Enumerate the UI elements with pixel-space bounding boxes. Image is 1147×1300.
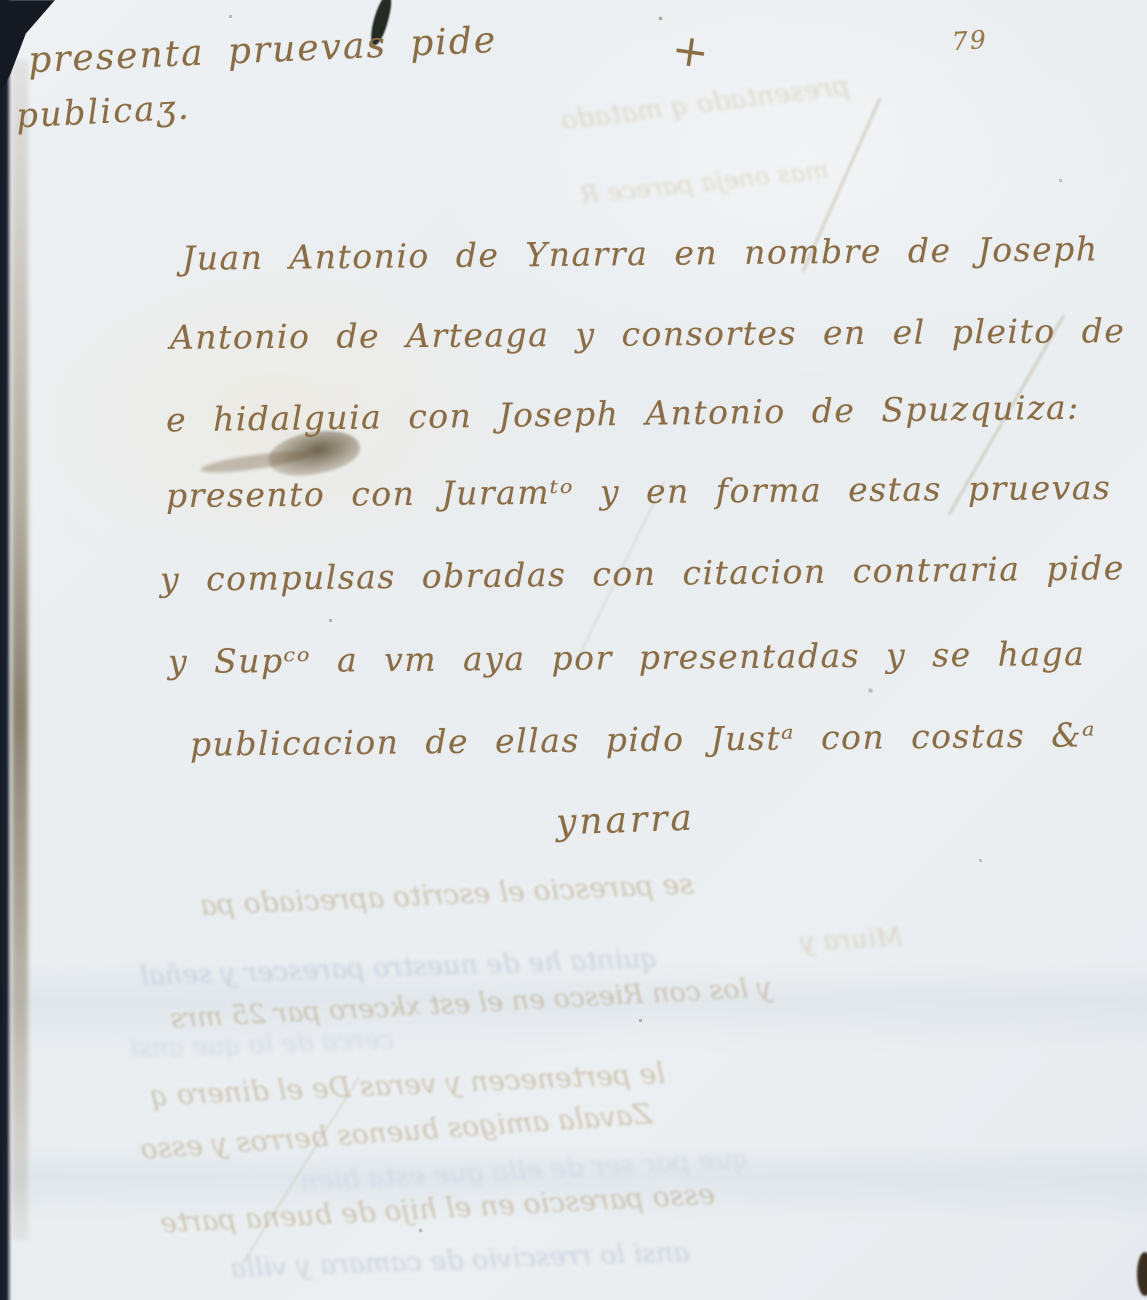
bleed-line: quinta he de nuestro parescer y señal bbox=[140, 943, 659, 992]
bleed-line: Zavala amigos buenos berros y esso bbox=[139, 1097, 652, 1166]
manuscript-line: Antonio de Arteaga y consortes en el ple… bbox=[170, 310, 1147, 357]
margin-note-line-2: publicaʒ. bbox=[15, 87, 191, 136]
manuscript-line: presento con Juramᵗᵒ y en forma estas pr… bbox=[166, 468, 1112, 515]
manuscript-line: y compulsas obradas con citacion contrar… bbox=[160, 548, 1125, 599]
bleed-line: le pertenecen y veras De el dinero q bbox=[150, 1057, 666, 1112]
manuscript-page-scan: presentado q matado mas oneja parece R s… bbox=[0, 0, 1147, 1300]
bleed-line: que por ser de ella gue esta bien bbox=[299, 1143, 749, 1197]
bleed-line: cerca de lo que ansi bbox=[130, 1025, 395, 1064]
manuscript-line: Juan Antonio de Ynarra en nombre de Jose… bbox=[182, 229, 1099, 278]
bleed-line: Miura y bbox=[799, 922, 903, 957]
bleed-line: presentado q matado bbox=[559, 70, 851, 136]
gutter-crease bbox=[12, 60, 28, 1240]
stray-stroke bbox=[242, 1076, 360, 1264]
bleed-line: y los con Riesco en el est xkcero par 25… bbox=[170, 972, 773, 1034]
paper-specks bbox=[0, 0, 1, 1]
signature: ynarra bbox=[555, 798, 695, 844]
manuscript-line: y Supᶜᵒ a vm aya por presentadas y se ha… bbox=[168, 634, 1086, 681]
edge-mark bbox=[1137, 1252, 1147, 1296]
margin-cross-mark: + bbox=[669, 24, 713, 80]
bleed-line: esso parescio en el hijo de buena parte bbox=[160, 1177, 716, 1239]
bleed-line: mas oneja parece R bbox=[579, 155, 830, 210]
bleed-line: se parescio el escrito apreciado pa bbox=[200, 867, 695, 922]
margin-note-line-1: presenta pruevas pide bbox=[27, 20, 498, 81]
manuscript-line: e hidalguia con Joseph Antonio de Spuzqu… bbox=[166, 388, 1080, 440]
folio-number: 79 bbox=[951, 25, 989, 56]
binding-edge bbox=[0, 0, 12, 1300]
manuscript-line: publicacion de ellas pido Justᵃ con cost… bbox=[190, 715, 1096, 763]
bleed-line: ansi lo rrescivio de camara y villa bbox=[230, 1237, 690, 1284]
